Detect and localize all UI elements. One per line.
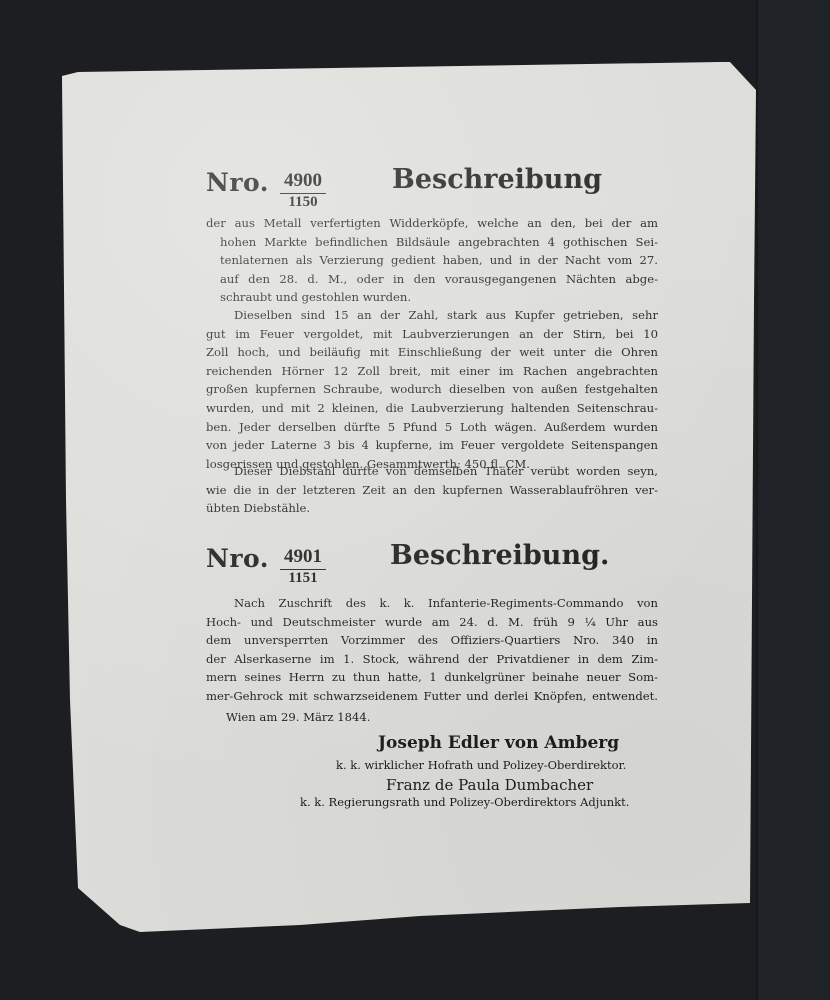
text-line: Zoll hoch, und beiläufig mit Einschließu… <box>206 343 658 362</box>
signatory2-title: k. k. Regierungsrath und Polizey-Oberdir… <box>300 795 629 809</box>
text-line: Dieselben sind 15 an der Zahl, stark aus… <box>234 306 658 325</box>
text-line: schraubt und gestohlen wurden. <box>220 288 658 307</box>
text-line: großen kupfernen Schraube, wodurch diese… <box>206 380 658 399</box>
text-line: Nach Zuschrift des k. k. Infanterie-Regi… <box>234 594 658 613</box>
entry1-subnumber: 1150 <box>280 194 326 211</box>
entry2-subnumber: 1151 <box>280 570 326 587</box>
signatory1-name: Joseph Edler von Amberg <box>378 733 619 753</box>
document-sheet: Nro. 4900 1150 Beschreibung der aus Meta… <box>0 0 830 1000</box>
text-line: tenlaternen als Verzierung gedient haben… <box>220 251 658 270</box>
text-line: Dieser Diebstahl dürfte von demselben Th… <box>234 462 658 481</box>
text-line: von jeder Laterne 3 bis 4 kupferne, im F… <box>206 436 658 455</box>
text-line: dem unversperrten Vorzimmer des Offizier… <box>206 631 658 650</box>
text-line: Hoch- und Deutschmeister wurde am 24. d.… <box>206 613 658 632</box>
text-line: wie die in der letzteren Zeit an den kup… <box>206 481 658 500</box>
entry1-paragraph2: Dieselben sind 15 an der Zahl, stark aus… <box>206 306 658 473</box>
entry1-paragraph1: der aus Metall verfertigten Widderköpfe,… <box>206 214 658 307</box>
entry2-title: Beschreibung. <box>390 540 609 571</box>
entry2-prefix: Nro. <box>206 544 269 573</box>
entry1-prefix: Nro. <box>206 168 269 197</box>
text-line: mer-Gehrock mit schwarzseidenem Futter u… <box>206 687 658 706</box>
backdrop-mount-strip <box>756 0 830 1000</box>
signatory1-title: k. k. wirklicher Hofrath und Polizey-Obe… <box>336 758 626 772</box>
text-line: losgerissen und gestohlen. Gesammtwerth:… <box>206 455 658 474</box>
entry1-number-block: 4900 1150 <box>280 170 326 211</box>
entry2-number: 4901 <box>280 546 326 570</box>
text-line: auf den 28. d. M., oder in den vorausgeg… <box>220 270 658 289</box>
text-line: mern seines Herrn zu thun hatte, 1 dunke… <box>206 668 658 687</box>
place-date: Wien am 29. März 1844. <box>226 708 370 727</box>
text-line: der Alserkaserne im 1. Stock, während de… <box>206 650 658 669</box>
text-line: ben. Jeder derselben dürfte 5 Pfund 5 Lo… <box>206 418 658 437</box>
entry2-number-block: 4901 1151 <box>280 546 326 587</box>
text-line: der aus Metall verfertigten Widderköpfe,… <box>206 214 658 233</box>
text-line: übten Diebstähle. <box>206 499 658 518</box>
text-line: wurden, und mit 2 kleinen, die Laubverzi… <box>206 399 658 418</box>
entry1-title: Beschreibung <box>392 164 602 195</box>
text-line: hohen Markte befindlichen Bildsäule ange… <box>220 233 658 252</box>
text-line: gut im Feuer vergoldet, mit Laubverzieru… <box>206 325 658 344</box>
signatory2-name: Franz de Paula Dumbacher <box>386 776 593 794</box>
entry1-number: 4900 <box>280 170 326 194</box>
entry1-paragraph3: Dieser Diebstahl dürfte von demselben Th… <box>206 462 658 518</box>
entry2-paragraph1: Nach Zuschrift des k. k. Infanterie-Regi… <box>206 594 658 706</box>
text-line: reichenden Hörner 12 Zoll breit, mit ein… <box>206 362 658 381</box>
